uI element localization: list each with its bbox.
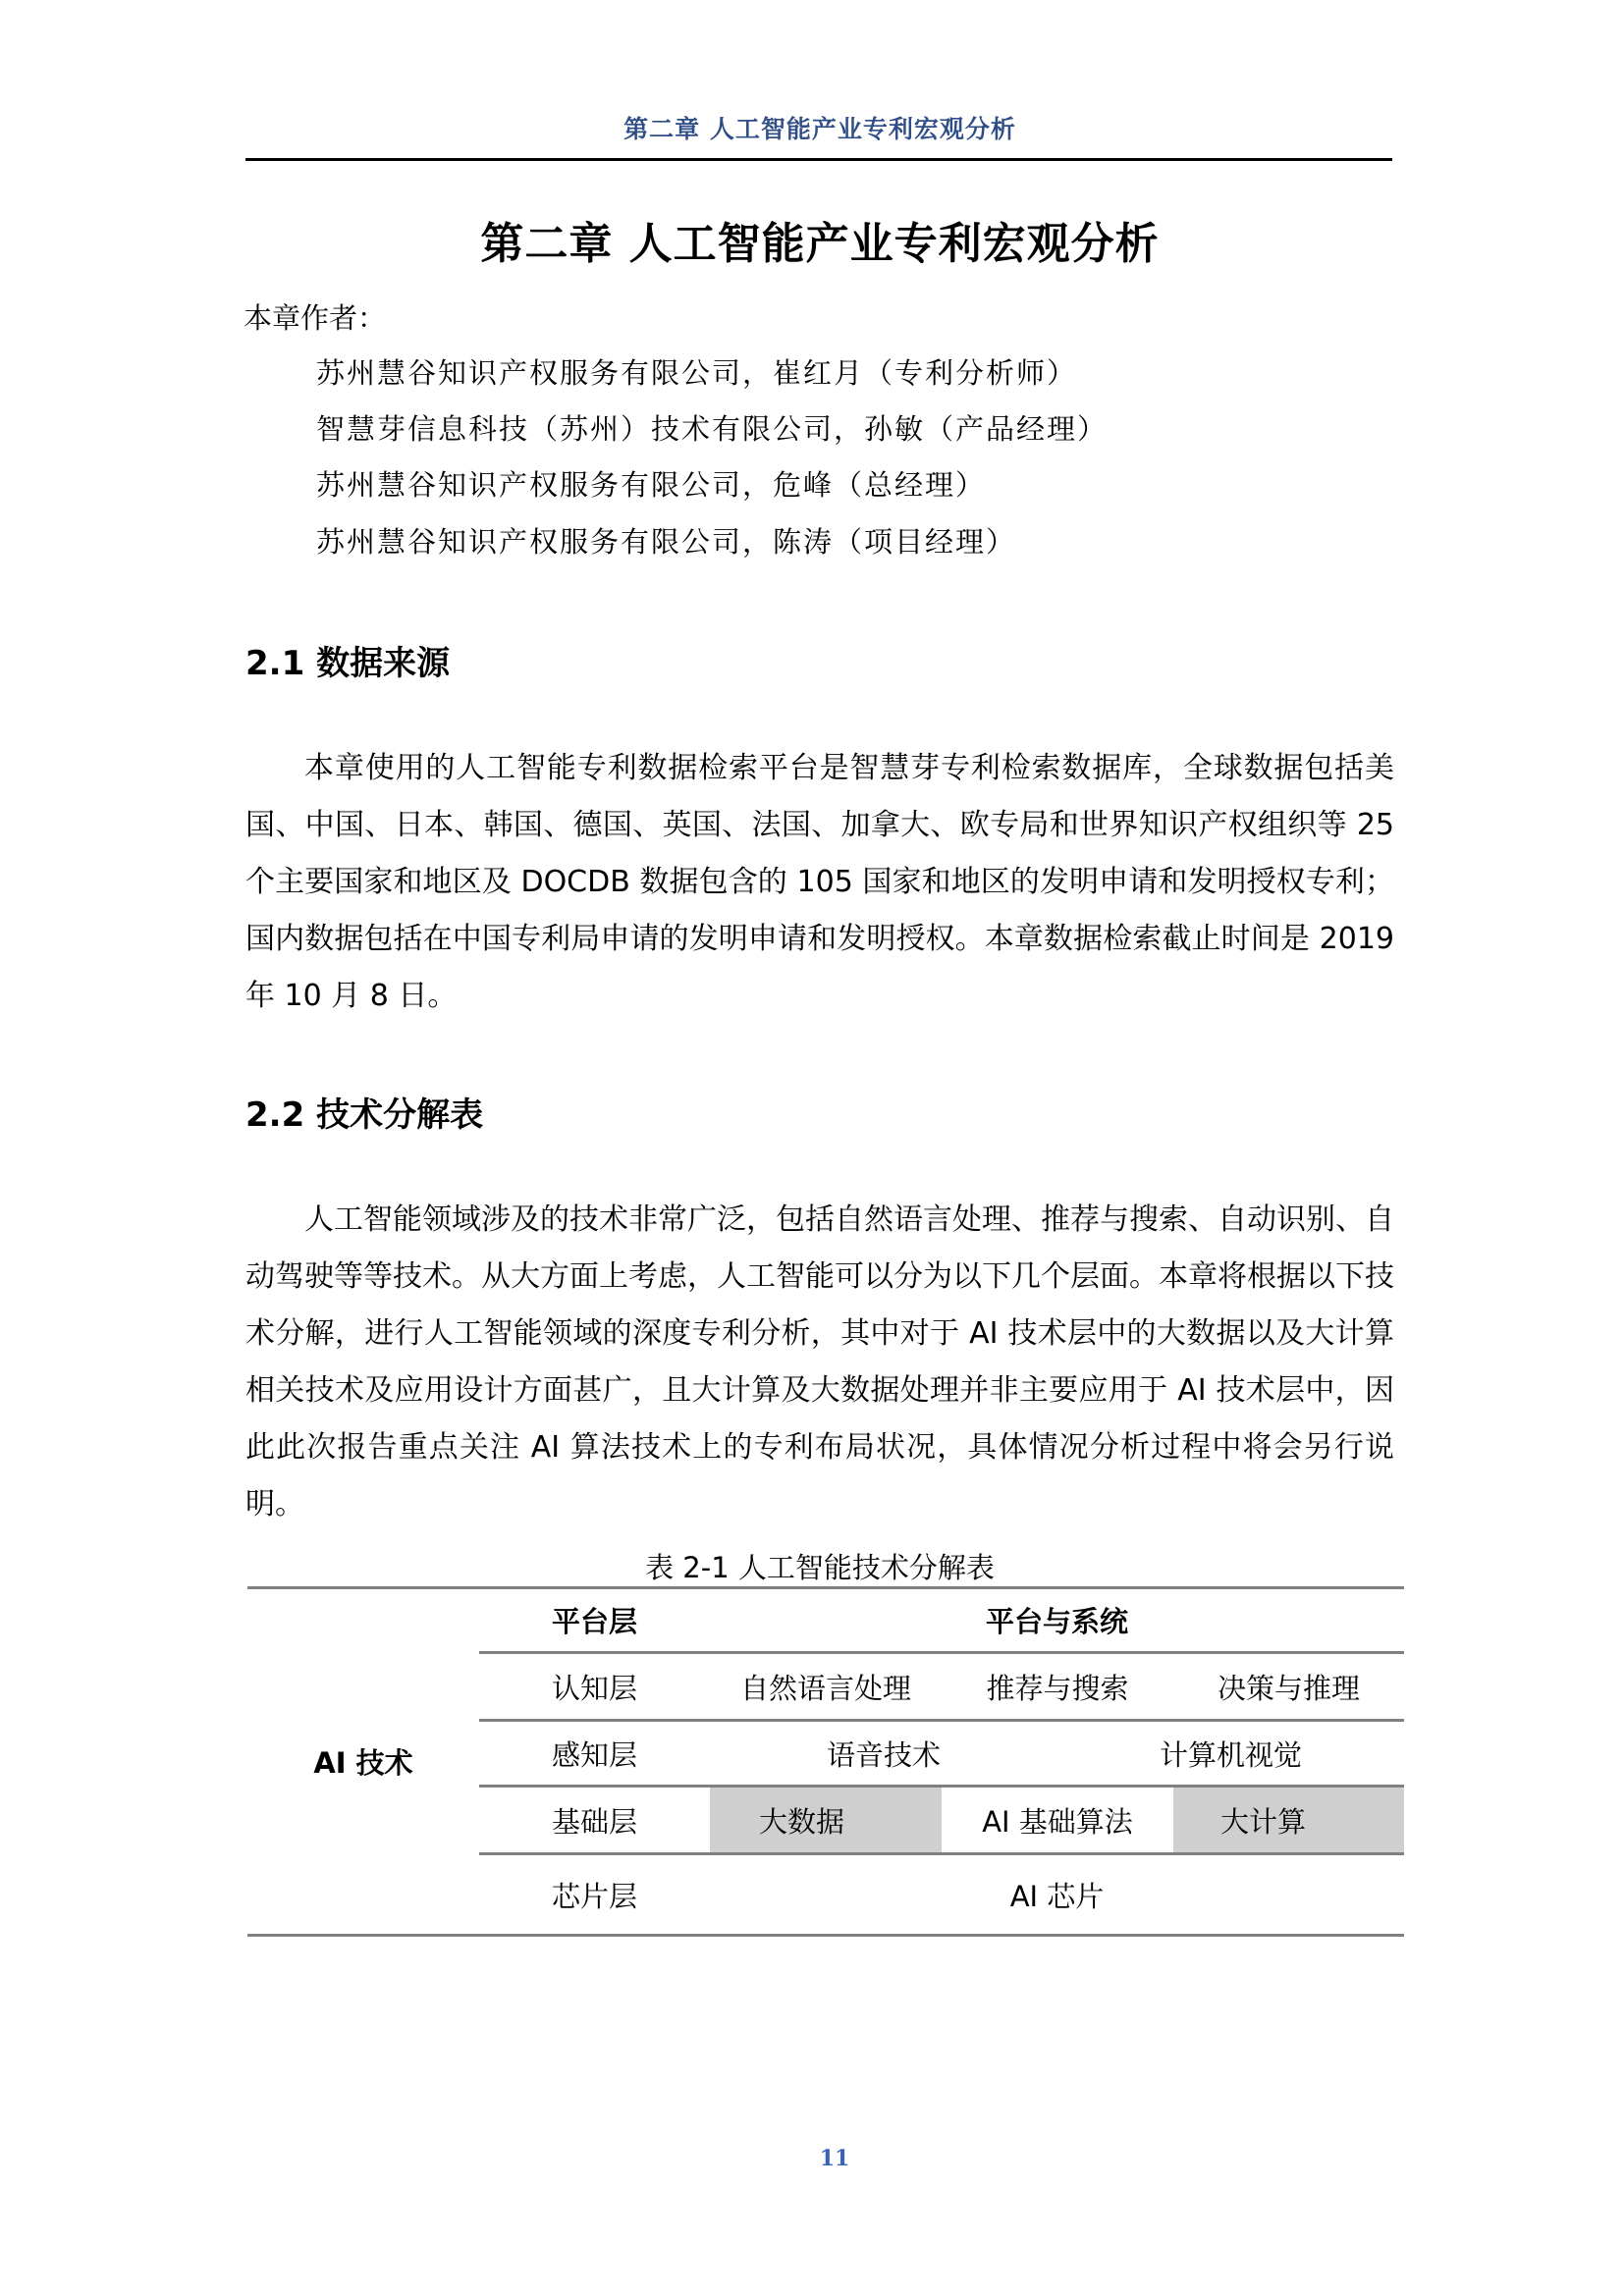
section-heading-2-2: 2.2 技术分解表 [245, 1088, 483, 1136]
page-number: 11 [687, 2146, 982, 2171]
row-group-header: AI 技术 [247, 1589, 479, 1934]
table-cell: 自然语言处理 [710, 1654, 942, 1719]
chapter-title: 第二章 人工智能产业专利宏观分析 [245, 208, 1394, 271]
table-cell-shaded: 大计算 [1173, 1788, 1404, 1852]
header-rule [245, 158, 1392, 161]
layer-label: 芯片层 [479, 1855, 710, 1934]
table-cell: AI 芯片 [710, 1855, 1404, 1934]
table-cell: AI 基础算法 [942, 1788, 1173, 1852]
table-cell: 推荐与搜索 [942, 1654, 1173, 1719]
table-cell: 决策与推理 [1173, 1654, 1404, 1719]
layer-label: 基础层 [479, 1788, 710, 1852]
column-header-layer: 平台层 [479, 1589, 710, 1651]
author-line: 苏州慧谷知识产权服务有限公司，崔红月（专利分析师） [316, 351, 1077, 392]
table-bottom-rule [247, 1934, 1404, 1937]
authors-label: 本章作者： [244, 296, 386, 337]
table-cell: 计算机视觉 [1057, 1722, 1404, 1785]
paragraph-text: 本章使用的人工智能专利数据检索平台是智慧芽专利检索数据库，全球数据包括美国、中国… [245, 740, 1394, 1025]
section-heading-2-1: 2.1 数据来源 [245, 636, 450, 684]
author-line: 智慧芽信息科技（苏州）技术有限公司，孙敏（产品经理） [316, 407, 1108, 448]
layer-label: 认知层 [479, 1654, 710, 1719]
table-cell: 语音技术 [710, 1722, 1057, 1785]
layer-label: 感知层 [479, 1722, 710, 1785]
author-line: 苏州慧谷知识产权服务有限公司，危峰（总经理） [316, 463, 986, 504]
table-cell-shaded: 大数据 [710, 1788, 942, 1852]
paragraph-text: 人工智能领域涉及的技术非常广泛，包括自然语言处理、推荐与搜索、自动识别、自动驾驶… [245, 1192, 1394, 1533]
section-paragraph: 人工智能领域涉及的技术非常广泛，包括自然语言处理、推荐与搜索、自动识别、自动驾驶… [245, 1192, 1394, 1533]
column-header-content: 平台与系统 [710, 1589, 1404, 1651]
tech-breakdown-table: AI 技术 平台层 平台与系统 认知层 自然语言处理 推荐与搜索 决策与推理 感… [247, 1586, 1404, 1936]
section-paragraph: 本章使用的人工智能专利数据检索平台是智慧芽专利检索数据库，全球数据包括美国、中国… [245, 740, 1394, 1025]
table-caption: 表 2-1 人工智能技术分解表 [245, 1546, 1394, 1586]
running-header: 第二章 人工智能产业专利宏观分析 [245, 110, 1394, 145]
author-line: 苏州慧谷知识产权服务有限公司，陈涛（项目经理） [316, 520, 1016, 561]
